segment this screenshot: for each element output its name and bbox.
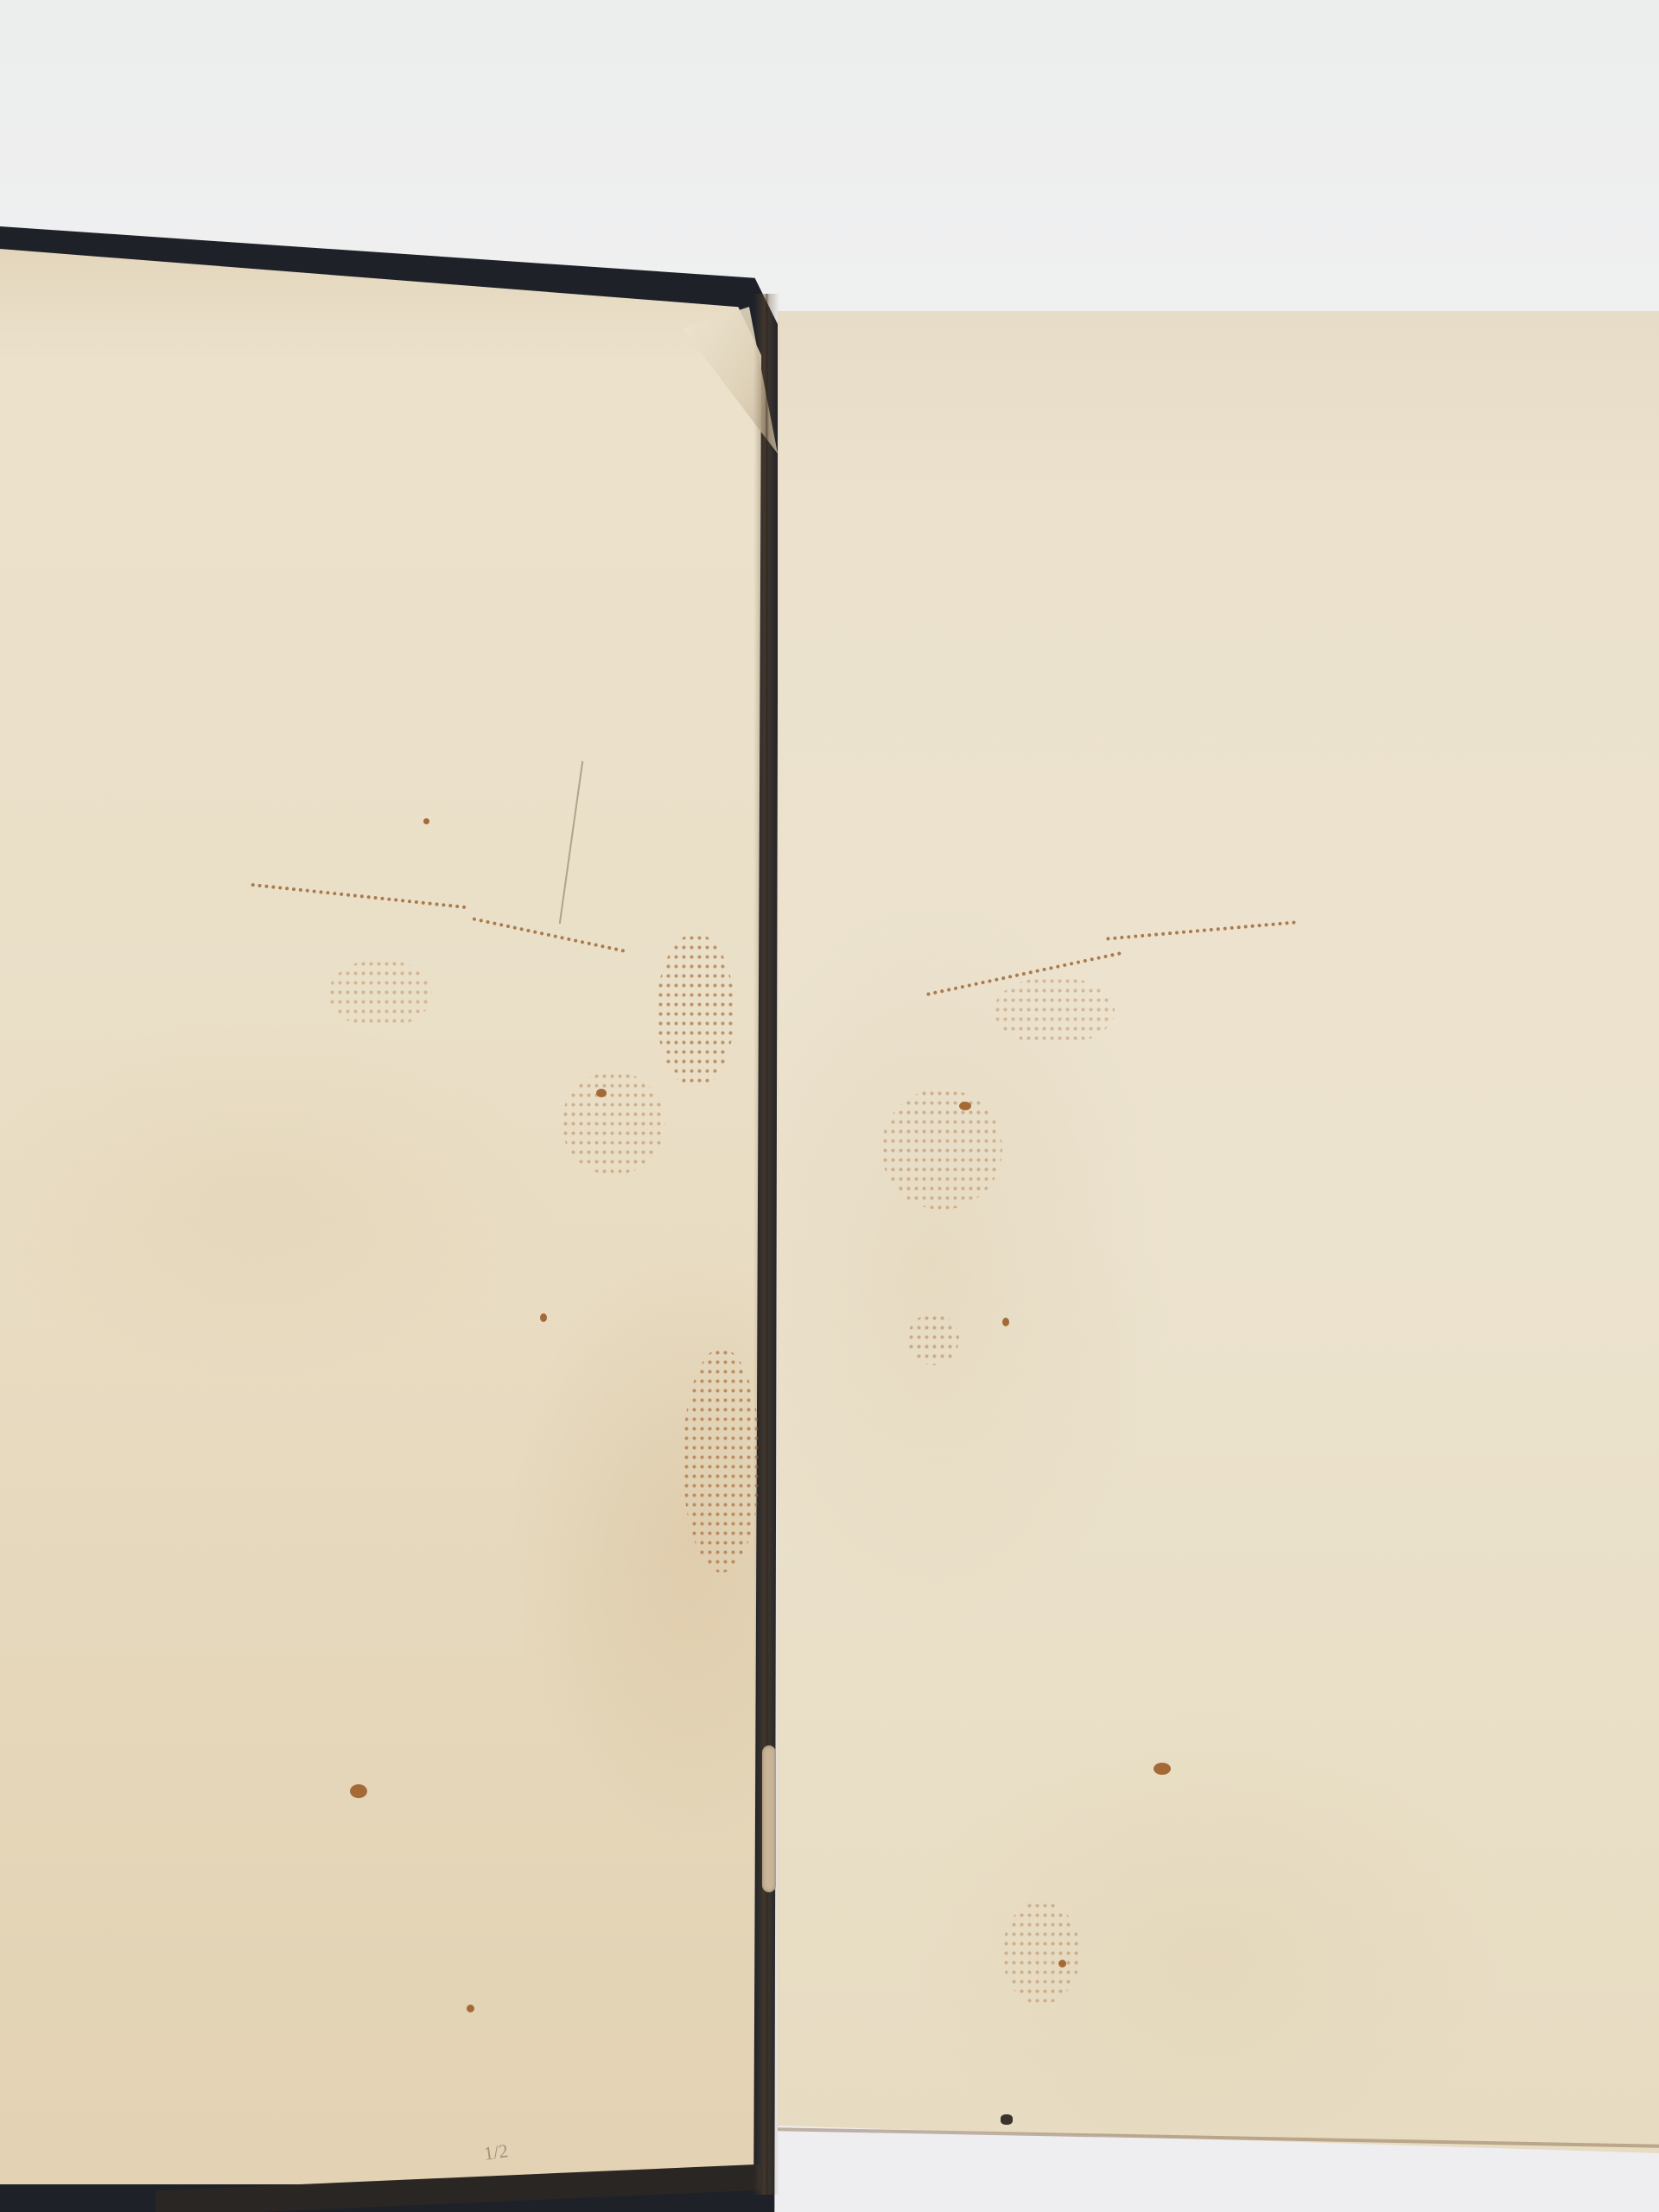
foxing-spot	[596, 1089, 607, 1097]
foxing-cluster	[907, 1313, 959, 1365]
foxing-cluster	[881, 1089, 1002, 1210]
foxing-spot	[423, 818, 429, 824]
foxing-spot	[350, 1784, 367, 1798]
foxing-spot	[959, 1102, 971, 1110]
foxing-spot	[1002, 1318, 1009, 1326]
foxing-cluster	[657, 933, 734, 1089]
foxing-cluster	[328, 959, 432, 1028]
left-endpaper	[0, 249, 769, 2184]
right-flyleaf	[778, 311, 1659, 2153]
gutter-tear	[762, 1745, 776, 1892]
foxing-spot	[540, 1313, 547, 1322]
book-photo: 1/2	[0, 0, 1659, 2212]
foxing-cluster	[994, 976, 1115, 1046]
foxing-cluster	[1002, 1901, 1080, 2005]
foxing-spot	[1154, 1763, 1171, 1775]
foxing-spot	[467, 2005, 474, 2012]
foxing-cluster	[683, 1348, 760, 1573]
foxing-cluster	[562, 1071, 665, 1175]
gutter	[753, 294, 779, 2195]
pencil-mark: 1/2	[482, 2139, 509, 2165]
dark-speck	[1001, 2114, 1013, 2125]
foxing-spot	[1058, 1960, 1066, 1967]
